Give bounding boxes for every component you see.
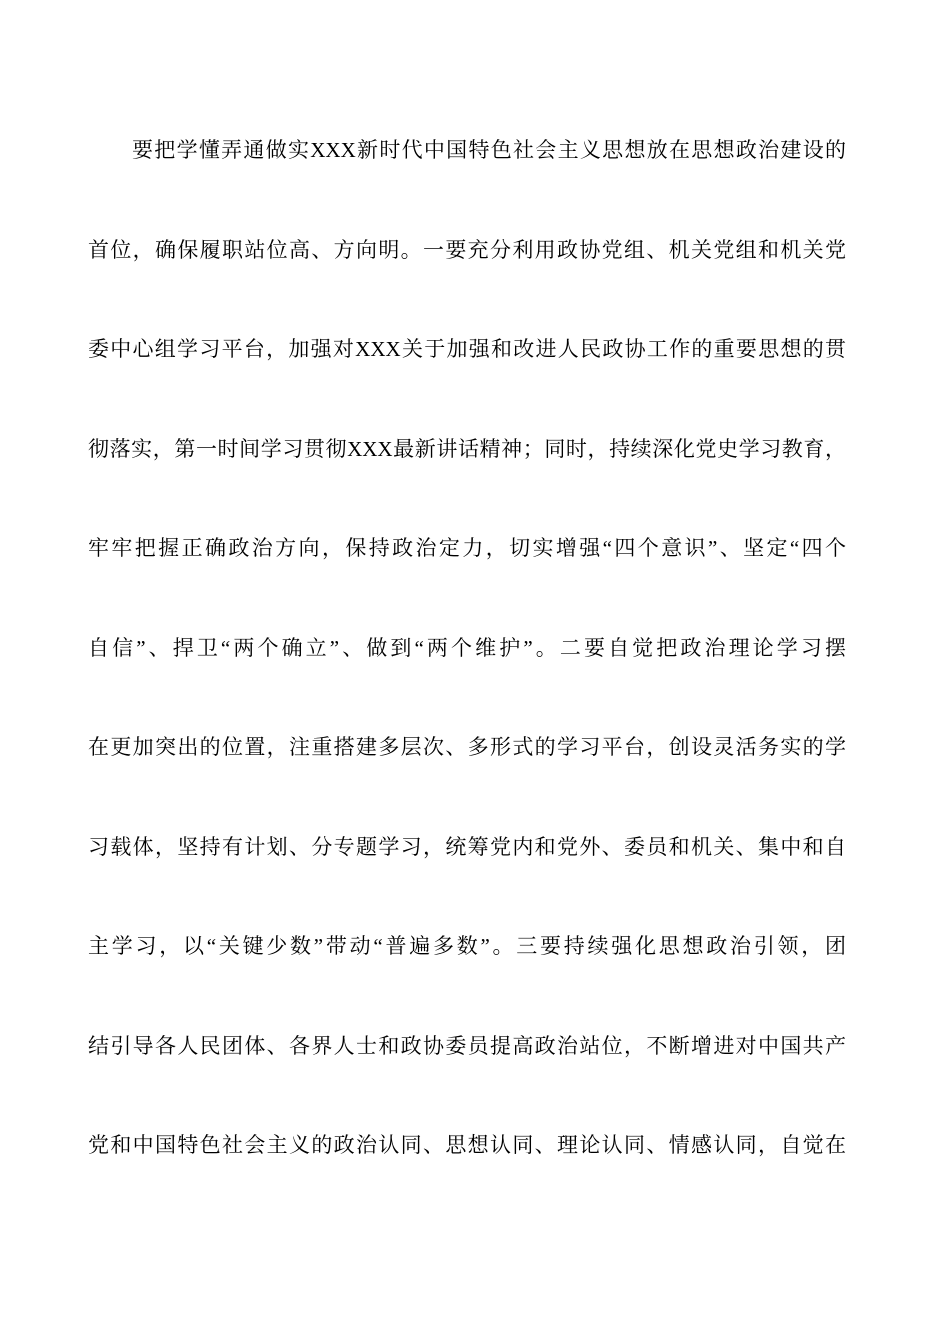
text-line: 习载体，坚持有计划、分专题学习，统筹党内和党外、委员和机关、集中和自 xyxy=(88,798,846,898)
text-line: 委中心组学习平台，加强对XXX关于加强和改进人民政协工作的重要思想的贯 xyxy=(88,300,846,400)
text-line: 要把学懂弄通做实XXX新时代中国特色社会主义思想放在思想政治建设的 xyxy=(88,101,846,201)
text-line: 首位，确保履职站位高、方向明。一要充分利用政协党组、机关党组和机关党 xyxy=(88,201,846,301)
paragraph: 要把学懂弄通做实XXX新时代中国特色社会主义思想放在思想政治建设的 首位，确保履… xyxy=(88,101,846,1196)
text-line: 主学习，以“关键少数”带动“普遍多数”。三要持续强化思想政治引领，团 xyxy=(88,897,846,997)
text-line: 结引导各人民团体、各界人士和政协委员提高政治站位，不断增进对中国共产 xyxy=(88,997,846,1097)
document-page: 要把学懂弄通做实XXX新时代中国特色社会主义思想放在思想政治建设的 首位，确保履… xyxy=(0,0,950,1344)
text-line: 在更加突出的位置，注重搭建多层次、多形式的学习平台，创设灵活务实的学 xyxy=(88,698,846,798)
text-line: 自信”、捍卫“两个确立”、做到“两个维护”。二要自觉把政治理论学习摆 xyxy=(88,599,846,699)
text-line: 牢牢把握正确政治方向，保持政治定力，切实增强“四个意识”、坚定“四个 xyxy=(88,499,846,599)
text-line: 彻落实，第一时间学习贯彻XXX最新讲话精神；同时，持续深化党史学习教育， xyxy=(88,400,846,500)
text-line: 党和中国特色社会主义的政治认同、思想认同、理论认同、情感认同，自觉在 xyxy=(88,1096,846,1196)
